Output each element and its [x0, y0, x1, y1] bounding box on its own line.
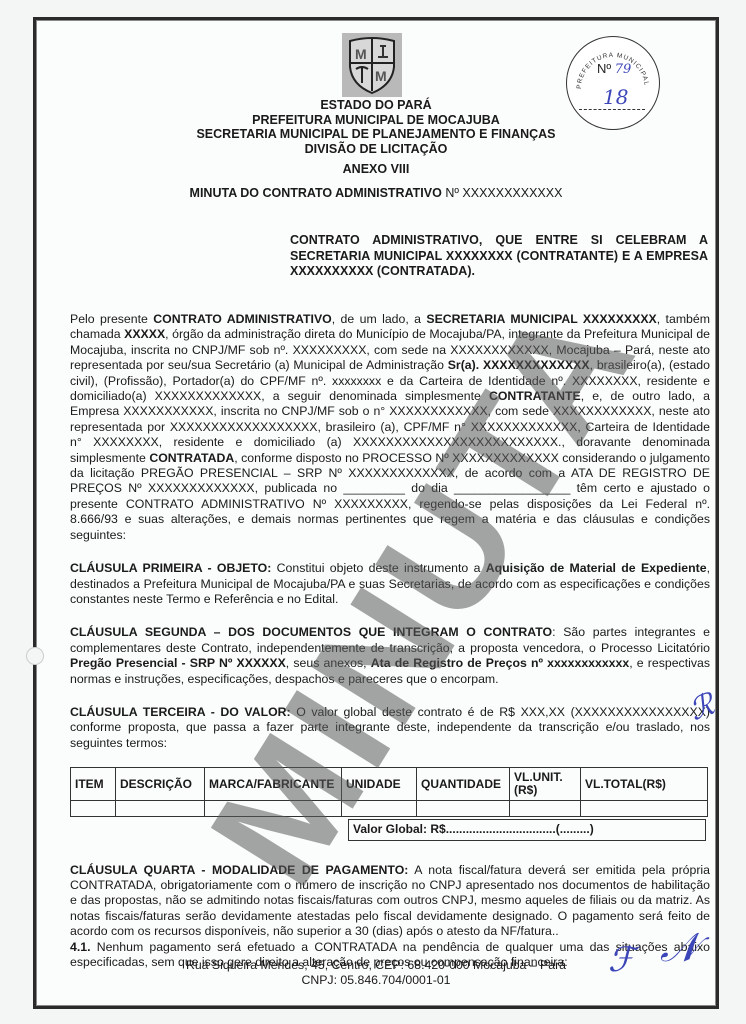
col-unidade: UNIDADE: [342, 768, 417, 801]
preamble-paragraph: Pelo presente CONTRATO ADMINISTRATIVO, d…: [70, 312, 710, 543]
document-footer: Rua Siqueira Mendes, 45, Centro, CEP: 68…: [33, 958, 719, 988]
state-name: ESTADO DO PARÁ: [33, 98, 719, 113]
municipality-name: PREFEITURA MUNICIPAL DE MOCAJUBA: [33, 113, 719, 128]
clause-second-documents: CLÁUSULA SEGUNDA – DOS DOCUMENTOS QUE IN…: [70, 625, 710, 687]
contract-summary: CONTRATO ADMINISTRATIVO, QUE ENTRE SI CE…: [290, 233, 708, 280]
contract-title: MINUTA DO CONTRATO ADMINISTRATIVO Nº XXX…: [33, 186, 719, 201]
footer-address: Rua Siqueira Mendes, 45, Centro, CEP: 68…: [33, 958, 719, 973]
clause-fourth-payment: CLÁUSULA QUARTA - MODALIDADE DE PAGAMENT…: [70, 863, 710, 940]
document-header: ESTADO DO PARÁ PREFEITURA MUNICIPAL DE M…: [33, 98, 719, 200]
col-marca: MARCA/FABRICANTE: [205, 768, 342, 801]
stamp-number: Nº 79: [597, 61, 631, 77]
punch-hole: [26, 647, 44, 665]
col-descricao: DESCRIÇÃO: [116, 768, 205, 801]
table-row: [71, 801, 708, 817]
division-name: DIVISÃO DE LICITAÇÃO: [33, 142, 719, 157]
secretariat-name: SECRETARIA MUNICIPAL DE PLANEJAMENTO E F…: [33, 127, 719, 142]
footer-cnpj: CNPJ: 05.846.704/0001-01: [33, 973, 719, 988]
col-item: ITEM: [71, 768, 116, 801]
col-vl-total: VL.TOTAL(R$): [581, 768, 708, 801]
table-header-row: ITEM DESCRIÇÃO MARCA/FABRICANTE UNIDADE …: [71, 768, 708, 801]
col-vl-unit: VL.UNIT. (R$): [510, 768, 581, 801]
items-table: ITEM DESCRIÇÃO MARCA/FABRICANTE UNIDADE …: [70, 767, 708, 817]
clause-first-object: CLÁUSULA PRIMEIRA - OBJETO: Constitui ob…: [70, 561, 710, 607]
svg-text:M: M: [375, 68, 387, 84]
clause-third-value: CLÁUSULA TERCEIRA - DO VALOR: O valor gl…: [70, 705, 710, 751]
col-quantidade: QUANTIDADE: [417, 768, 510, 801]
svg-text:M: M: [355, 46, 367, 62]
municipal-coat-of-arms-logo: M M: [342, 33, 402, 97]
global-value-row: Valor Global: R$........................…: [348, 819, 706, 840]
contract-body: Pelo presente CONTRATO ADMINISTRATIVO, d…: [70, 312, 710, 983]
annex-label: ANEXO VIII: [33, 162, 719, 177]
